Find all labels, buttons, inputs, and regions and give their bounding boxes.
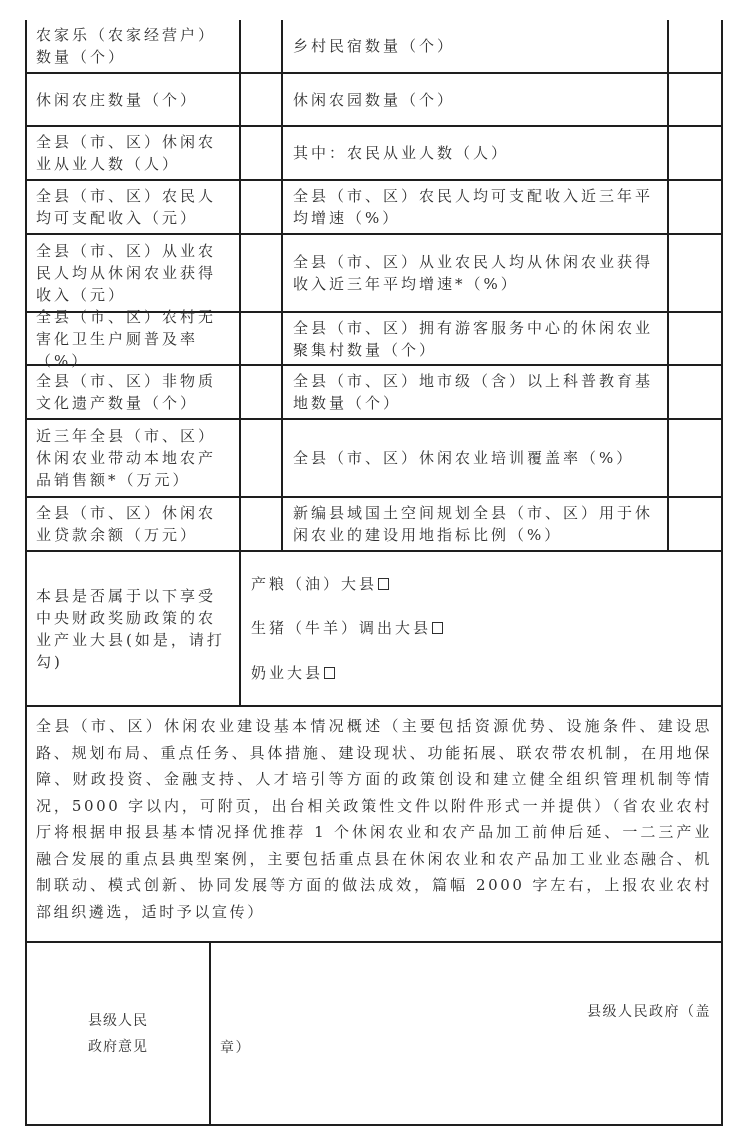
option-grain-oil-county[interactable]: 产粮（油）大县 [251, 573, 389, 595]
field-value-input[interactable] [669, 127, 723, 179]
field-label: 新编县域国土空间规划全县（市、区）用于休闲农业的建设用地指标比例（%） [283, 498, 669, 550]
table-row: 全县（市、区）农民人均可支配收入（元） 全县（市、区）农民人均可支配收入近三年平… [25, 181, 723, 235]
label-line: 县级人民 [88, 1008, 148, 1034]
field-label: 其中：农民从业人数（人） [283, 127, 669, 179]
checkbox-icon[interactable] [378, 578, 389, 590]
table-row: 农家乐（农家经营户）数量（个） 乡村民宿数量（个） [25, 20, 723, 74]
overview-text[interactable]: 全县（市、区）休闲农业建设基本情况概述（主要包括资源优势、设施条件、建设思路、规… [25, 707, 723, 941]
seal-text: 章） [220, 1037, 251, 1059]
checkbox-icon[interactable] [432, 622, 443, 634]
table-row: 休闲农庄数量（个） 休闲农园数量（个） [25, 74, 723, 127]
field-label: 全县（市、区）休闲农业培训覆盖率（%） [283, 420, 669, 496]
table-row: 全县（市、区）农村无害化卫生户厕普及率（%） 全县（市、区）拥有游客服务中心的休… [25, 313, 723, 366]
option-livestock-county[interactable]: 生猪（牛羊）调出大县 [251, 617, 443, 639]
county-type-row: 本县是否属于以下享受中央财政奖励政策的农业产业大县(如是，请打勾) 产粮（油）大… [25, 552, 723, 707]
field-label: 全县（市、区）农村无害化卫生户厕普及率（%） [25, 313, 241, 364]
field-label: 全县（市、区）非物质文化遗产数量（个） [25, 366, 241, 418]
overview-row: 全县（市、区）休闲农业建设基本情况概述（主要包括资源优势、设施条件、建设思路、规… [25, 707, 723, 943]
option-label: 生猪（牛羊）调出大县 [251, 617, 431, 639]
field-value-input[interactable] [669, 235, 723, 311]
county-type-options: 产粮（油）大县 生猪（牛羊）调出大县 奶业大县 [241, 552, 723, 705]
table-row: 全县（市、区）休闲农业从业人数（人） 其中：农民从业人数（人） [25, 127, 723, 181]
field-value-input[interactable] [669, 20, 723, 72]
table-row: 近三年全县（市、区）休闲农业带动本地农产品销售额*（万元） 全县（市、区）休闲农… [25, 420, 723, 498]
county-type-question: 本县是否属于以下享受中央财政奖励政策的农业产业大县(如是，请打勾) [25, 552, 241, 705]
field-label: 休闲农庄数量（个） [25, 74, 241, 125]
field-value-input[interactable] [241, 235, 283, 311]
field-label: 全县（市、区）农民人均可支配收入（元） [25, 181, 241, 233]
field-value-input[interactable] [241, 420, 283, 496]
government-opinion-row: 县级人民 政府意见 县级人民政府（盖 章） [25, 943, 723, 1126]
field-value-input[interactable] [241, 366, 283, 418]
field-label: 全县（市、区）地市级（含）以上科普教育基地数量（个） [283, 366, 669, 418]
table-row: 全县（市、区）从业农民人均从休闲农业获得收入（元） 全县（市、区）从业农民人均从… [25, 235, 723, 313]
field-label: 全县（市、区）从业农民人均从休闲农业获得收入近三年平均增速*（%） [283, 235, 669, 311]
field-value-input[interactable] [669, 420, 723, 496]
field-value-input[interactable] [669, 181, 723, 233]
field-value-input[interactable] [241, 313, 283, 364]
application-form-table: 农家乐（农家经营户）数量（个） 乡村民宿数量（个） 休闲农庄数量（个） 休闲农园… [25, 20, 723, 1126]
option-dairy-county[interactable]: 奶业大县 [251, 662, 335, 684]
field-label: 农家乐（农家经营户）数量（个） [25, 20, 241, 72]
field-label: 全县（市、区）从业农民人均从休闲农业获得收入（元） [25, 235, 241, 311]
label-line: 政府意见 [88, 1034, 148, 1060]
field-label: 近三年全县（市、区）休闲农业带动本地农产品销售额*（万元） [25, 420, 241, 496]
field-value-input[interactable] [241, 20, 283, 72]
option-label: 奶业大县 [251, 662, 323, 684]
field-label: 休闲农园数量（个） [283, 74, 669, 125]
field-value-input[interactable] [241, 127, 283, 179]
table-row: 全县（市、区）休闲农业贷款余额（万元） 新编县域国土空间规划全县（市、区）用于休… [25, 498, 723, 552]
field-value-input[interactable] [241, 498, 283, 550]
field-value-input[interactable] [241, 74, 283, 125]
field-value-input[interactable] [669, 366, 723, 418]
field-label: 全县（市、区）拥有游客服务中心的休闲农业聚集村数量（个） [283, 313, 669, 364]
checkbox-icon[interactable] [324, 667, 335, 679]
field-label: 全县（市、区）农民人均可支配收入近三年平均增速（%） [283, 181, 669, 233]
government-opinion-label: 县级人民 政府意见 [25, 943, 211, 1124]
field-value-input[interactable] [669, 313, 723, 364]
field-label: 全县（市、区）休闲农业贷款余额（万元） [25, 498, 241, 550]
field-value-input[interactable] [241, 181, 283, 233]
seal-text: 县级人民政府（盖 [587, 1001, 711, 1023]
field-value-input[interactable] [669, 498, 723, 550]
government-opinion-field[interactable]: 县级人民政府（盖 章） [211, 943, 723, 1124]
field-value-input[interactable] [669, 74, 723, 125]
field-label: 乡村民宿数量（个） [283, 20, 669, 72]
field-label: 全县（市、区）休闲农业从业人数（人） [25, 127, 241, 179]
option-label: 产粮（油）大县 [251, 573, 377, 595]
table-row: 全县（市、区）非物质文化遗产数量（个） 全县（市、区）地市级（含）以上科普教育基… [25, 366, 723, 420]
